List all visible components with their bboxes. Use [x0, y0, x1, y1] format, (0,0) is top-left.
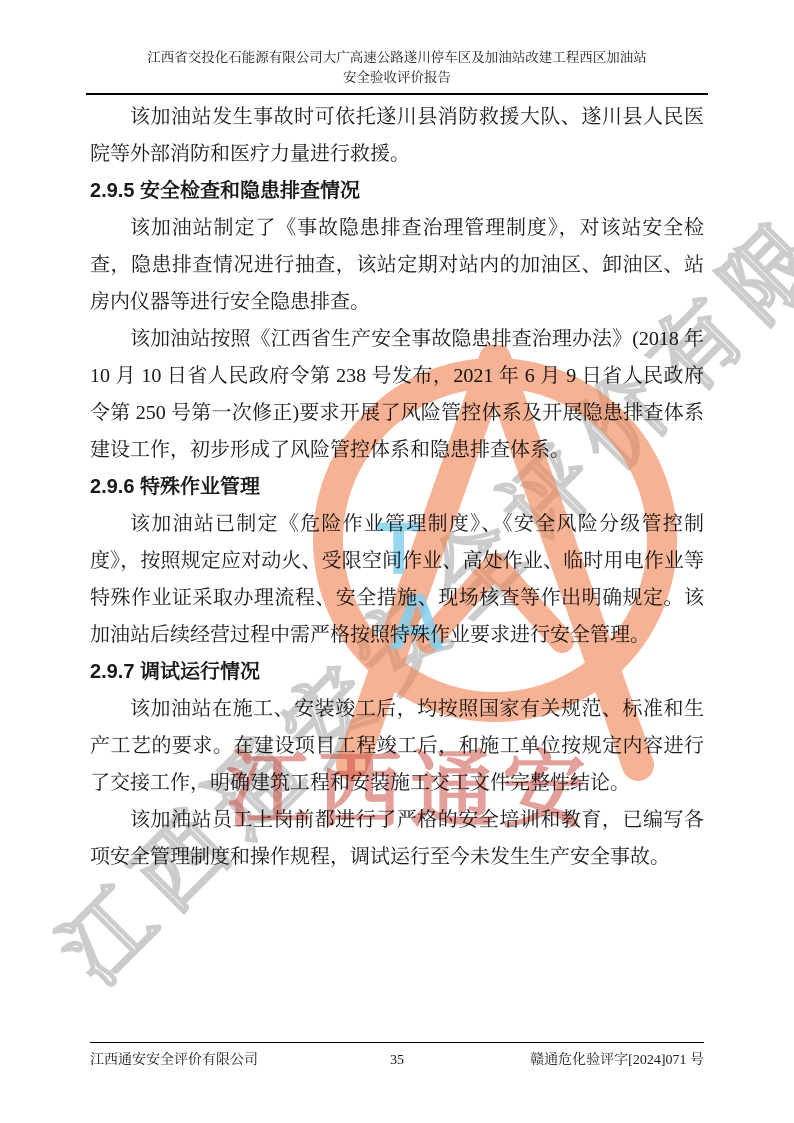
body-paragraph: 该加油站员工上岗前都进行了严格的安全培训和教育，已编写各项安全管理制度和操作规程…: [90, 802, 704, 876]
body-paragraph: 该加油站按照《江西省生产安全事故隐患排查治理办法》(2018 年 10 月 10…: [90, 321, 704, 469]
header-project-title: 江西省交投化石能源有限公司大广高速公路遂川停车区及加油站改建工程西区加油站: [86, 48, 708, 68]
footer-company: 江西通安安全评价有限公司: [90, 1049, 390, 1069]
body-paragraph: 该加油站已制定《危险作业管理制度》、《安全风险分级管控制度》，按照规定应对动火、…: [90, 506, 704, 654]
page-header: 江西省交投化石能源有限公司大广高速公路遂川停车区及加油站改建工程西区加油站 安全…: [86, 48, 708, 95]
section-heading: 2.9.5 安全检查和隐患排查情况: [90, 173, 704, 210]
page-number: 35: [390, 1053, 404, 1069]
body-paragraph: 该加油站发生事故时可依托遂川县消防救援大队、遂川县人民医院等外部消防和医疗力量进…: [90, 99, 704, 173]
document-body: 该加油站发生事故时可依托遂川县消防救援大队、遂川县人民医院等外部消防和医疗力量进…: [90, 99, 704, 876]
section-heading: 2.9.6 特殊作业管理: [90, 469, 704, 506]
footer-doc-number: 赣通危化验评字[2024]071 号: [404, 1049, 704, 1069]
body-paragraph: 该加油站制定了《事故隐患排查治理管理制度》，对该站安全检查，隐患排查情况进行抽查…: [90, 210, 704, 321]
report-page: 江西省交投化石能源有限公司大广高速公路遂川停车区及加油站改建工程西区加油站 安全…: [0, 0, 794, 1123]
header-report-subtitle: 安全验收评价报告: [86, 68, 708, 88]
section-heading: 2.9.7 调试运行情况: [90, 654, 704, 691]
page-footer: 江西通安安全评价有限公司 35 赣通危化验评字[2024]071 号: [90, 1042, 704, 1069]
body-paragraph: 该加油站在施工、安装竣工后，均按照国家有关规范、标准和生产工艺的要求。在建设项目…: [90, 691, 704, 802]
